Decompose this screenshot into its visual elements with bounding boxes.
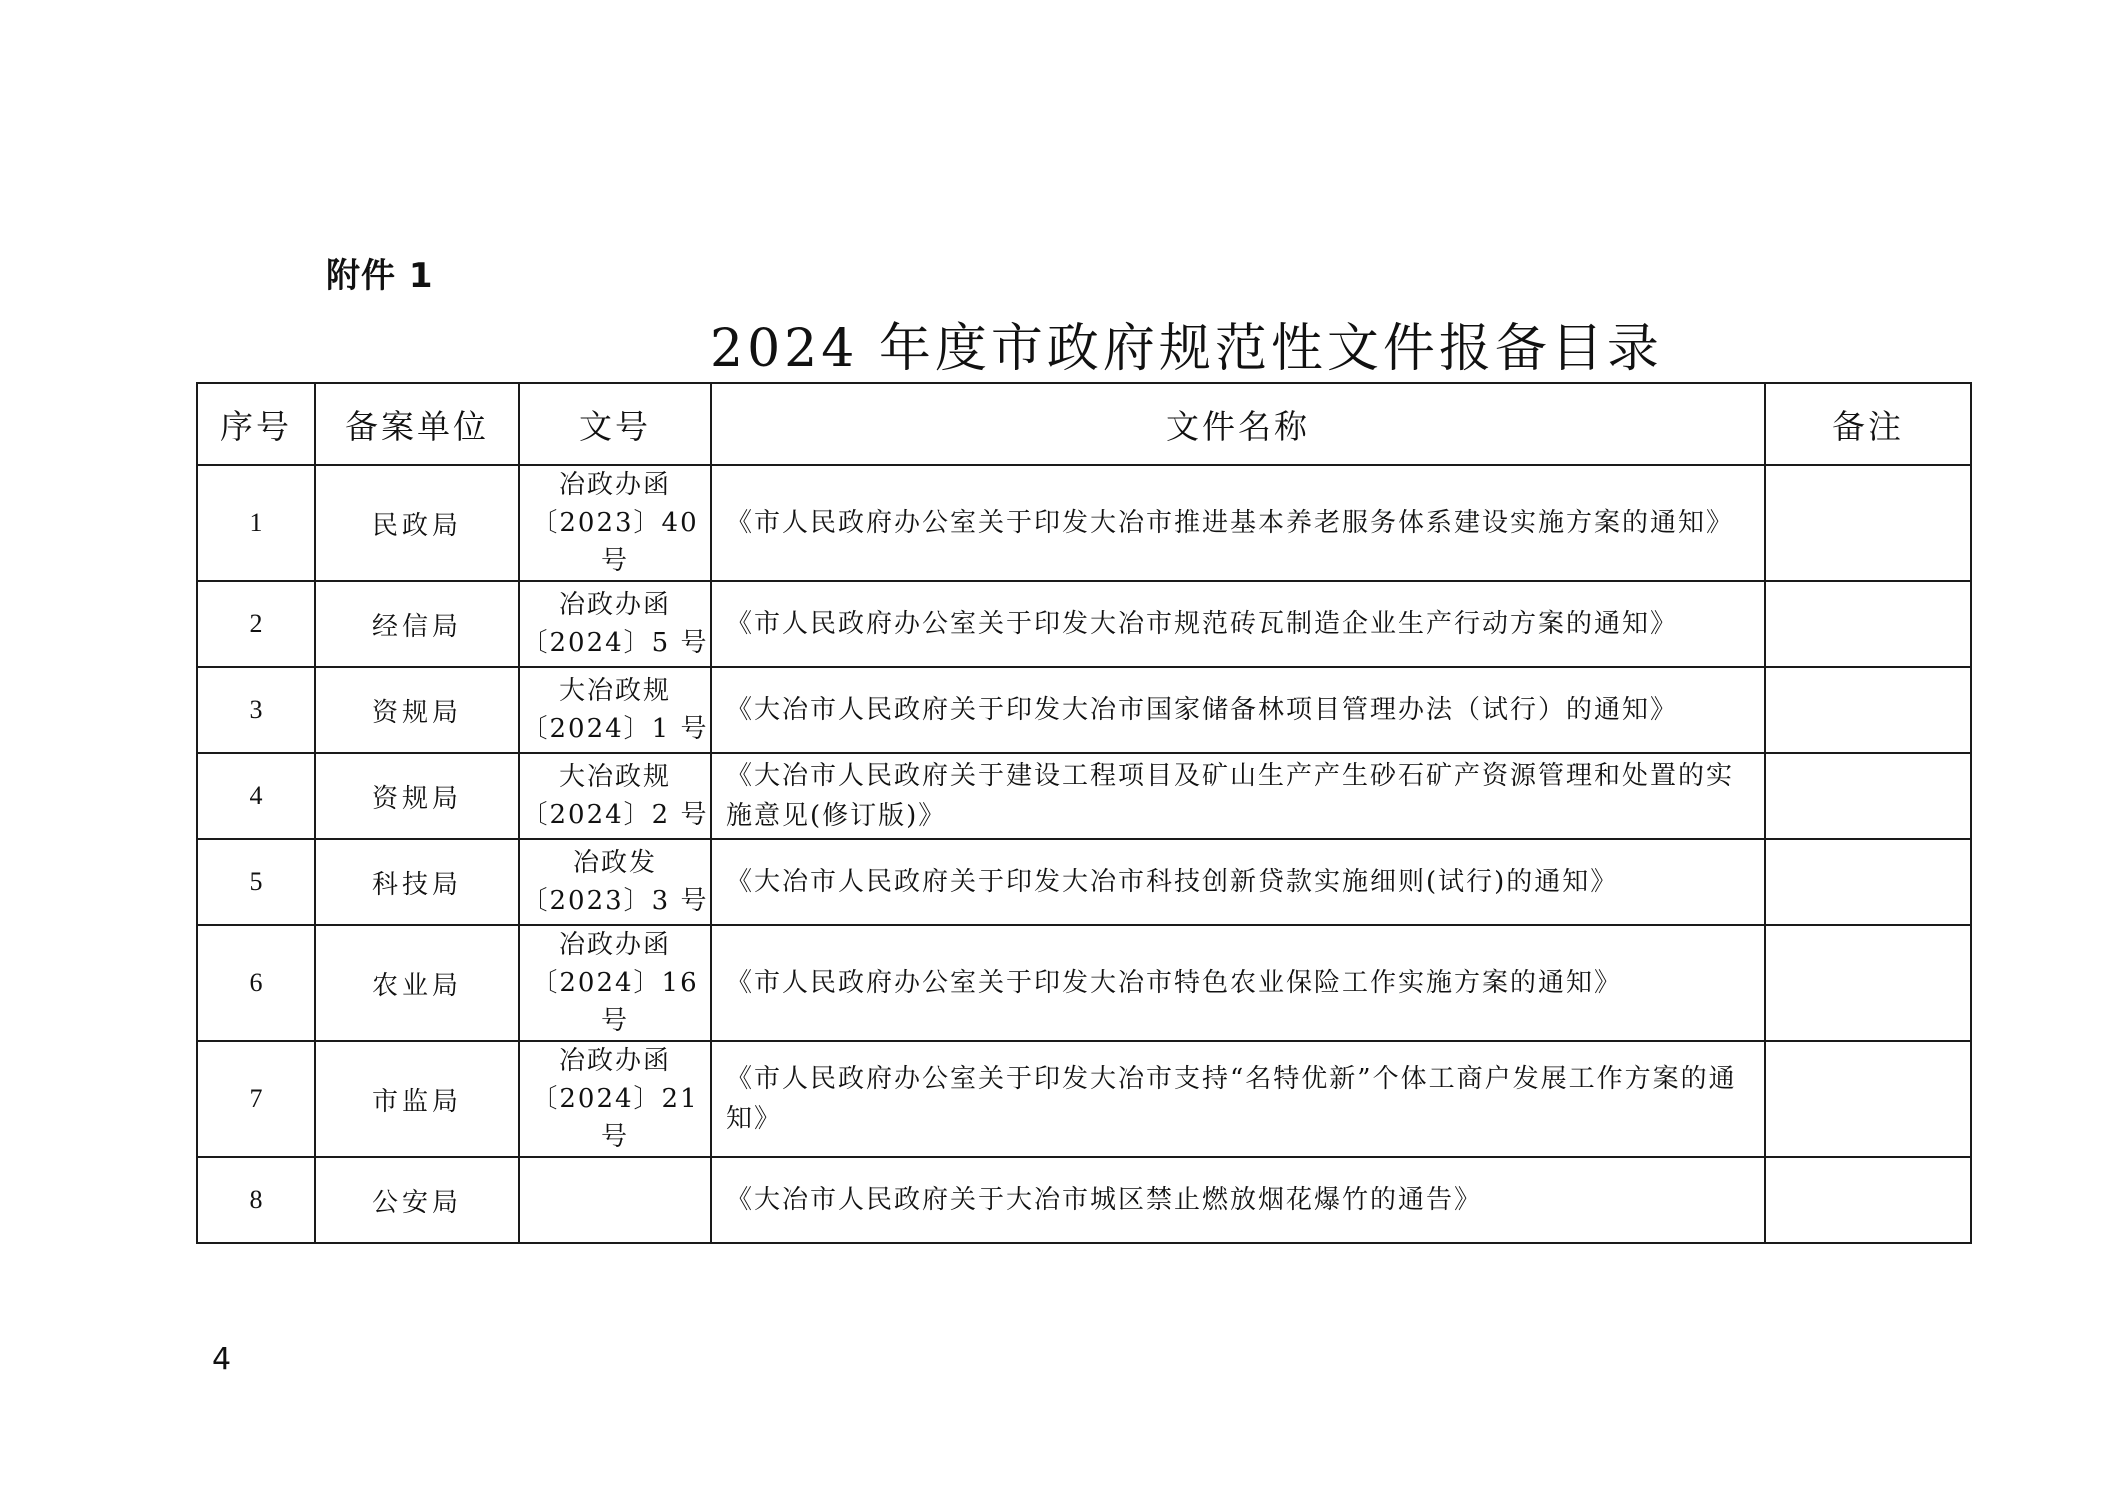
row-unit: 公安局 — [315, 1157, 519, 1243]
page-number: 4 — [212, 1342, 231, 1377]
row-doc-no: 冶政发 〔2023〕3 号 — [519, 839, 711, 925]
row-unit: 市监局 — [315, 1041, 519, 1157]
row-remark — [1765, 925, 1971, 1041]
row-doc-name: 《大冶市人民政府关于印发大冶市国家储备林项目管理办法（试行）的通知》 — [711, 667, 1765, 753]
header-doc-name: 文件名称 — [711, 383, 1765, 465]
filing-registry-table: 序号 备案单位 文号 文件名称 备注 1 民政局 冶政办函 〔2023〕40 号… — [196, 382, 1972, 1244]
table-row: 3 资规局 大冶政规 〔2024〕1 号 《大冶市人民政府关于印发大冶市国家储备… — [197, 667, 1971, 753]
table-row: 2 经信局 冶政办函 〔2024〕5 号 《市人民政府办公室关于印发大冶市规范砖… — [197, 581, 1971, 667]
doc-no-number: 〔2023〕40 号 — [520, 504, 710, 580]
row-seq: 8 — [197, 1157, 315, 1243]
table-header-row: 序号 备案单位 文号 文件名称 备注 — [197, 383, 1971, 465]
row-unit: 民政局 — [315, 465, 519, 581]
row-seq: 3 — [197, 667, 315, 753]
attachment-label: 附件 1 — [326, 248, 434, 297]
row-seq: 2 — [197, 581, 315, 667]
document-title: 2024 年度市政府规范性文件报备目录 — [710, 306, 1663, 381]
row-remark — [1765, 1157, 1971, 1243]
doc-no-prefix: 冶政办函 — [520, 926, 710, 964]
row-doc-name: 《大冶市人民政府关于大冶市城区禁止燃放烟花爆竹的通告》 — [711, 1157, 1765, 1243]
row-doc-name: 《市人民政府办公室关于印发大冶市特色农业保险工作实施方案的通知》 — [711, 925, 1765, 1041]
doc-no-number: 〔2024〕1 号 — [520, 710, 710, 748]
row-doc-no — [519, 1157, 711, 1243]
table-row: 4 资规局 大冶政规 〔2024〕2 号 《大冶市人民政府关于建设工程项目及矿山… — [197, 753, 1971, 839]
doc-no-prefix: 大冶政规 — [520, 758, 710, 796]
row-doc-name: 《大冶市人民政府关于印发大冶市科技创新贷款实施细则(试行)的通知》 — [711, 839, 1765, 925]
row-unit: 经信局 — [315, 581, 519, 667]
row-remark — [1765, 581, 1971, 667]
header-remark: 备注 — [1765, 383, 1971, 465]
doc-no-prefix: 冶政发 — [520, 844, 710, 882]
row-seq: 6 — [197, 925, 315, 1041]
row-remark — [1765, 465, 1971, 581]
table-row: 8 公安局 《大冶市人民政府关于大冶市城区禁止燃放烟花爆竹的通告》 — [197, 1157, 1971, 1243]
doc-no-number: 〔2024〕2 号 — [520, 796, 710, 834]
doc-no-prefix: 大冶政规 — [520, 672, 710, 710]
doc-no-prefix: 冶政办函 — [520, 466, 710, 504]
row-remark — [1765, 839, 1971, 925]
row-unit: 资规局 — [315, 667, 519, 753]
row-remark — [1765, 667, 1971, 753]
table-row: 1 民政局 冶政办函 〔2023〕40 号 《市人民政府办公室关于印发大冶市推进… — [197, 465, 1971, 581]
table-row: 6 农业局 冶政办函 〔2024〕16 号 《市人民政府办公室关于印发大冶市特色… — [197, 925, 1971, 1041]
row-unit: 农业局 — [315, 925, 519, 1041]
row-seq: 7 — [197, 1041, 315, 1157]
doc-no-prefix: 冶政办函 — [520, 1042, 710, 1080]
row-remark — [1765, 753, 1971, 839]
row-seq: 5 — [197, 839, 315, 925]
row-doc-no: 大冶政规 〔2024〕2 号 — [519, 753, 711, 839]
row-doc-no: 冶政办函 〔2024〕21 号 — [519, 1041, 711, 1157]
row-seq: 4 — [197, 753, 315, 839]
doc-no-prefix: 冶政办函 — [520, 586, 710, 624]
row-doc-no: 冶政办函 〔2024〕5 号 — [519, 581, 711, 667]
table-row: 5 科技局 冶政发 〔2023〕3 号 《大冶市人民政府关于印发大冶市科技创新贷… — [197, 839, 1971, 925]
row-doc-no: 大冶政规 〔2024〕1 号 — [519, 667, 711, 753]
row-doc-no: 冶政办函 〔2024〕16 号 — [519, 925, 711, 1041]
header-unit: 备案单位 — [315, 383, 519, 465]
row-unit: 科技局 — [315, 839, 519, 925]
doc-no-number: 〔2024〕16 号 — [520, 964, 710, 1040]
header-doc-no: 文号 — [519, 383, 711, 465]
doc-no-number: 〔2023〕3 号 — [520, 882, 710, 920]
row-seq: 1 — [197, 465, 315, 581]
doc-no-number: 〔2024〕5 号 — [520, 624, 710, 662]
row-doc-name: 《市人民政府办公室关于印发大冶市规范砖瓦制造企业生产行动方案的通知》 — [711, 581, 1765, 667]
doc-no-number: 〔2024〕21 号 — [520, 1080, 710, 1156]
row-doc-name: 《市人民政府办公室关于印发大冶市支持“名特优新”个体工商户发展工作方案的通知》 — [711, 1041, 1765, 1157]
row-doc-no: 冶政办函 〔2023〕40 号 — [519, 465, 711, 581]
table-row: 7 市监局 冶政办函 〔2024〕21 号 《市人民政府办公室关于印发大冶市支持… — [197, 1041, 1971, 1157]
row-doc-name: 《市人民政府办公室关于印发大冶市推进基本养老服务体系建设实施方案的通知》 — [711, 465, 1765, 581]
header-seq: 序号 — [197, 383, 315, 465]
row-unit: 资规局 — [315, 753, 519, 839]
row-remark — [1765, 1041, 1971, 1157]
row-doc-name: 《大冶市人民政府关于建设工程项目及矿山生产产生砂石矿产资源管理和处置的实施意见(… — [711, 753, 1765, 839]
